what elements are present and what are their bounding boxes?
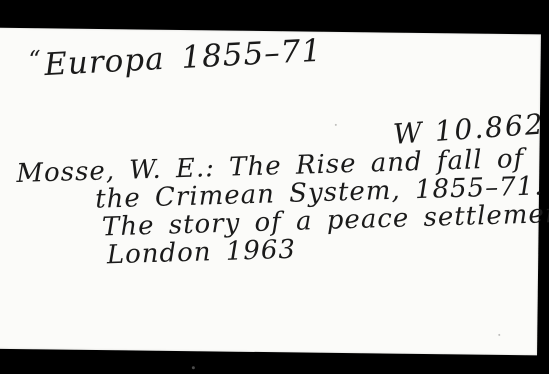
scan-speck [335,124,337,126]
scan-speck [192,366,195,369]
heading-quote-mark: “ [28,45,43,74]
scan-speck [498,334,500,336]
catalog-entry: Mosse, W. E.: The Rise and fall of the C… [16,142,549,272]
scanned-catalog-card-image: “Europa 1855–71 W 10.862 Mosse, W. E.: T… [0,0,549,374]
